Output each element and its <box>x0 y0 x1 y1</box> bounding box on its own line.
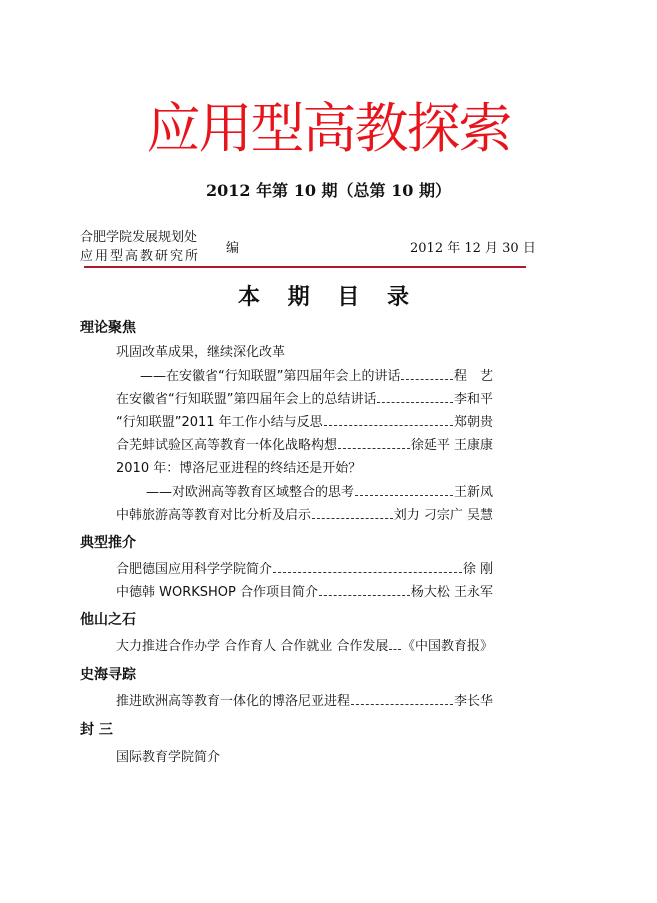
section-heading: 理论聚焦 <box>80 318 136 338</box>
entry-title: 中韩旅游高等教育对比分析及启示 <box>116 507 311 525</box>
entry-author: 郑朝贵 <box>454 414 493 432</box>
publish-date: 2012 年 12 月 30 日 <box>410 237 536 256</box>
dot-leader <box>273 572 462 573</box>
publisher-org-2: 应用型高教研究所 <box>80 248 200 266</box>
dot-leader <box>338 448 410 449</box>
entry-author: 徐 刚 <box>463 561 493 579</box>
journal-title: 应用型高教探索 <box>0 96 657 162</box>
dot-leader <box>319 595 410 596</box>
entry-title: 合肥德国应用科学学院简介 <box>116 561 272 579</box>
toc-entry[interactable]: 2010 年：博洛尼亚进程的终结还是开始？ <box>116 460 493 478</box>
toc-entry[interactable]: 中韩旅游高等教育对比分析及启示 刘力 刁宗广 吴慧 <box>116 507 493 525</box>
toc-entry[interactable]: 国际教育学院简介 <box>116 749 493 767</box>
header-divider <box>84 266 526 268</box>
edited-by-label: 编 <box>226 237 239 256</box>
toc-entry[interactable]: 在安徽省“行知联盟”第四届年会上的总结讲话 李和平 <box>116 391 493 409</box>
entry-title: 在安徽省“行知联盟”第四届年会上的总结讲话 <box>116 391 376 409</box>
entry-author: 程 艺 <box>454 368 493 386</box>
dot-leader <box>401 379 453 380</box>
entry-title: 推进欧洲高等教育一体化的博洛尼亚进程 <box>116 693 350 711</box>
toc-entry[interactable]: 推进欧洲高等教育一体化的博洛尼亚进程 李长华 <box>116 693 493 711</box>
section-heading: 他山之石 <box>80 610 136 630</box>
entry-author: 徐延平 王康康 <box>411 437 493 455</box>
dot-leader <box>312 518 393 519</box>
section-heading: 史海寻踪 <box>80 665 136 685</box>
toc-title: 本 期 目 录 <box>0 284 657 312</box>
dot-leader <box>377 402 453 403</box>
entry-title: 国际教育学院简介 <box>116 749 220 767</box>
toc-entry[interactable]: 巩固改革成果，继续深化改革 <box>116 344 493 362</box>
toc-entry[interactable]: 合肥德国应用科学学院简介 徐 刚 <box>116 561 493 579</box>
publisher-org-1: 合肥学院发展规划处 <box>80 229 197 247</box>
section-heading: 典型推介 <box>80 533 136 553</box>
toc-entry[interactable]: 合芜蚌试验区高等教育一体化战略构想 徐延平 王康康 <box>116 437 493 455</box>
toc-entry[interactable]: ——对欧洲高等教育区域整合的思考 王新凤 <box>116 484 493 502</box>
entry-author: 李和平 <box>454 391 493 409</box>
entry-author: 刘力 刁宗广 吴慧 <box>394 507 493 525</box>
toc-entry[interactable]: 大力推进合作办学 合作育人 合作就业 合作发展 《中国教育报》 <box>116 638 493 656</box>
dot-leader <box>355 495 453 496</box>
entry-title: 2010 年：博洛尼亚进程的终结还是开始？ <box>116 460 361 478</box>
entry-author: 杨大松 王永军 <box>411 584 493 602</box>
toc-entry[interactable]: ——在安徽省“行知联盟”第四届年会上的讲话 程 艺 <box>116 368 493 386</box>
entry-title: “行知联盟”2011 年工作小结与反思 <box>116 414 323 432</box>
entry-title: 中德韩 WORKSHOP 合作项目简介 <box>116 584 318 602</box>
entry-author: 李长华 <box>454 693 493 711</box>
toc-entry[interactable]: 中德韩 WORKSHOP 合作项目简介 杨大松 王永军 <box>116 584 493 602</box>
entry-title: 合芜蚌试验区高等教育一体化战略构想 <box>116 437 337 455</box>
entry-title: 大力推进合作办学 合作育人 合作就业 合作发展 <box>116 638 388 656</box>
entry-author: 《中国教育报》 <box>402 638 493 656</box>
entry-title: 巩固改革成果，继续深化改革 <box>116 344 285 362</box>
entry-title: ——在安徽省“行知联盟”第四届年会上的讲话 <box>116 368 400 386</box>
entry-title: ——对欧洲高等教育区域整合的思考 <box>116 484 354 502</box>
dot-leader <box>389 649 401 650</box>
issue-number: 2012 年第 10 期（总第 10 期） <box>0 180 657 202</box>
toc-entry[interactable]: “行知联盟”2011 年工作小结与反思 郑朝贵 <box>116 414 493 432</box>
section-heading: 封 三 <box>80 720 113 740</box>
dot-leader <box>351 704 453 705</box>
entry-author: 王新凤 <box>454 484 493 502</box>
dot-leader <box>324 425 453 426</box>
